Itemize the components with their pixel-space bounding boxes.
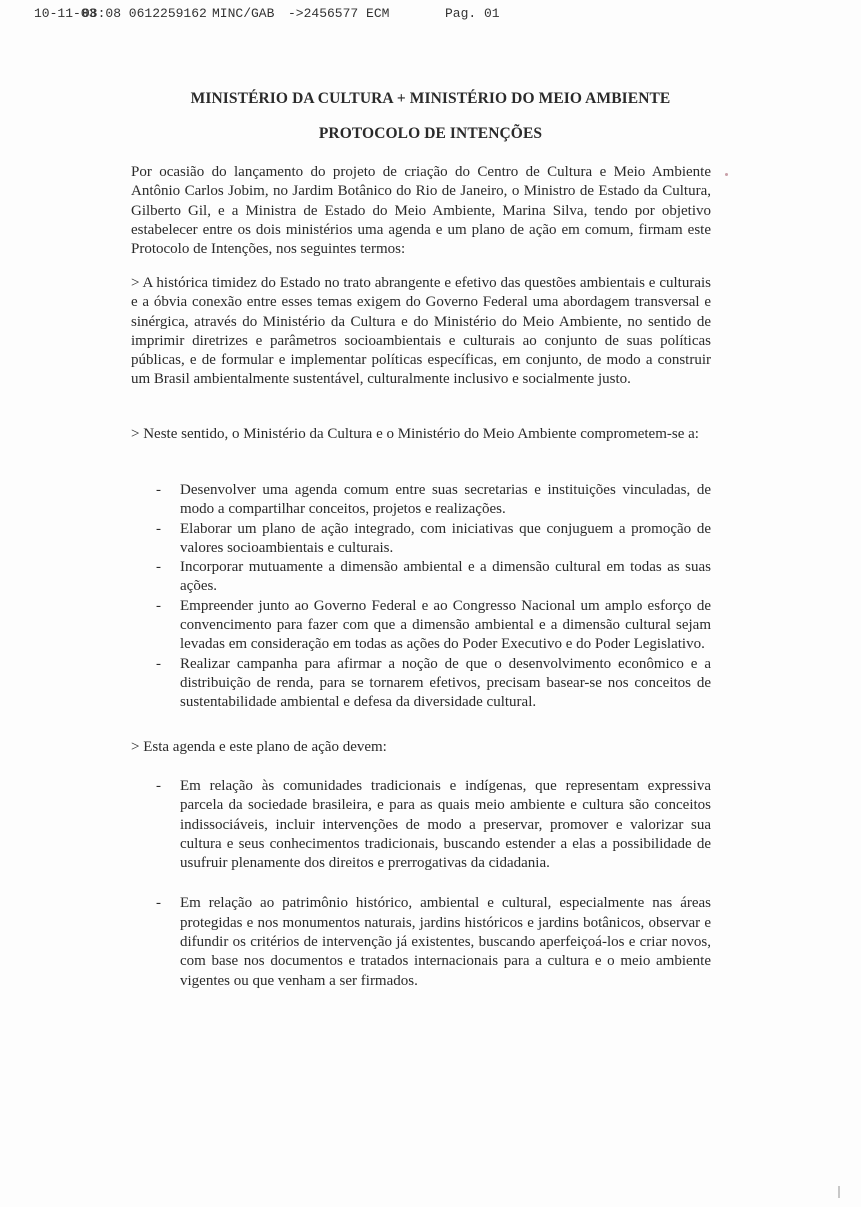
intro-paragraph: Por ocasião do lançamento do projeto de … (131, 163, 711, 259)
list-item-text: Elaborar um plano de ação integrado, com… (180, 521, 711, 556)
dash-bullet: - (156, 655, 161, 674)
dash-bullet: - (156, 894, 161, 913)
document-title: MINISTÉRIO DA CULTURA + MINISTÉRIO DO ME… (0, 90, 861, 108)
fax-sender: MINC/GAB (212, 6, 274, 21)
list-item: -Realizar campanha para afirmar a noção … (156, 655, 711, 713)
fax-time-number: 08:08 0612259162 (82, 6, 207, 21)
list-item-text: Incorporar mutuamente a dimensão ambient… (180, 559, 711, 594)
list-item: -Desenvolver uma agenda comum entre suas… (156, 481, 711, 520)
fax-page-number: Pag. 01 (445, 6, 500, 21)
dash-bullet: - (156, 597, 161, 616)
commitments-list: -Desenvolver uma agenda comum entre suas… (156, 481, 711, 713)
list-item: -Empreender junto ao Governo Federal e a… (156, 597, 711, 655)
list-item-text: Desenvolver uma agenda comum entre suas … (180, 482, 711, 517)
document-subtitle: PROTOCOLO DE INTENÇÕES (0, 125, 861, 143)
dash-bullet: - (156, 558, 161, 577)
fax-transmission-header: 10-11-03 08:08 0612259162 MINC/GAB ->245… (0, 6, 861, 26)
section-3-paragraph: > Esta agenda e este plano de ação devem… (131, 738, 711, 757)
list-item-text: Realizar campanha para afirmar a noção d… (180, 656, 711, 711)
dash-bullet: - (156, 520, 161, 539)
list-item-text: Em relação às comunidades tradicionais e… (180, 778, 711, 871)
list-item: -Elaborar um plano de ação integrado, co… (156, 520, 711, 559)
dash-bullet: - (156, 777, 161, 796)
duties-list: -Em relação às comunidades tradicionais … (156, 777, 711, 1012)
scan-mark (838, 1186, 840, 1198)
list-item: -Em relação ao patrimônio histórico, amb… (156, 894, 711, 990)
list-item-text: Em relação ao patrimônio histórico, ambi… (180, 895, 711, 988)
fax-destination: ->2456577 ECM (288, 6, 389, 21)
list-item: -Em relação às comunidades tradicionais … (156, 777, 711, 873)
list-item-text: Empreender junto ao Governo Federal e ao… (180, 598, 711, 653)
section-2-paragraph: > Neste sentido, o Ministério da Cultura… (131, 425, 711, 444)
list-item: -Incorporar mutuamente a dimensão ambien… (156, 558, 711, 597)
section-1-paragraph: > A histórica timidez do Estado no trato… (131, 274, 711, 390)
scan-speck (725, 173, 728, 176)
dash-bullet: - (156, 481, 161, 500)
